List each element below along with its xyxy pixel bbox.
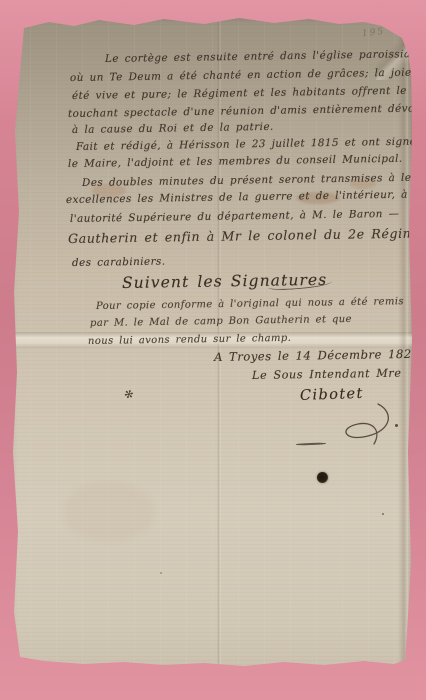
certification-line: par M. le Mal de camp Bon Gautherin et q… (90, 314, 352, 329)
manuscript-line: des carabiniers. (72, 256, 166, 269)
signoff-title: Le Sous Intendant Mre (252, 367, 402, 382)
manuscript-line: touchant spectacle d'une réunion d'amis … (68, 102, 426, 120)
dateline: A Troyes le 14 Décembre 1824. (214, 347, 424, 364)
photo-background: 195 Le cortège est ensuite entré dans l'… (0, 0, 426, 700)
manuscript-line: Fait et rédigé, à Hérisson le 23 juillet… (76, 136, 417, 153)
manuscript-line: le Maire, l'adjoint et les membres du co… (68, 153, 403, 170)
manuscript-line: où un Te Deum a été chanté en action de … (70, 66, 424, 84)
paper-hole (317, 472, 328, 483)
paper-speck (160, 572, 162, 574)
paper-speck (382, 513, 384, 515)
paper-stain (64, 482, 154, 542)
paper-speck (395, 424, 398, 427)
ink-blot: ✻ (123, 390, 134, 400)
manuscript-line: Gautherin et enfin à Mr le colonel du 2e… (68, 225, 426, 246)
manuscript-line: été vive et pure; le Régiment et les hab… (72, 85, 407, 102)
manuscript-line: Des doubles minutes du présent seront tr… (82, 172, 426, 189)
manuscript-paper: 195 Le cortège est ensuite entré dans l'… (4, 12, 416, 678)
signature-flourish (282, 390, 412, 460)
manuscript-line: l'autorité Supérieure du département, à … (70, 208, 400, 225)
certification-line: Pour copie conforme à l'original qui nou… (96, 296, 404, 312)
manuscript-line: à la cause du Roi et de la patrie. (72, 121, 274, 136)
